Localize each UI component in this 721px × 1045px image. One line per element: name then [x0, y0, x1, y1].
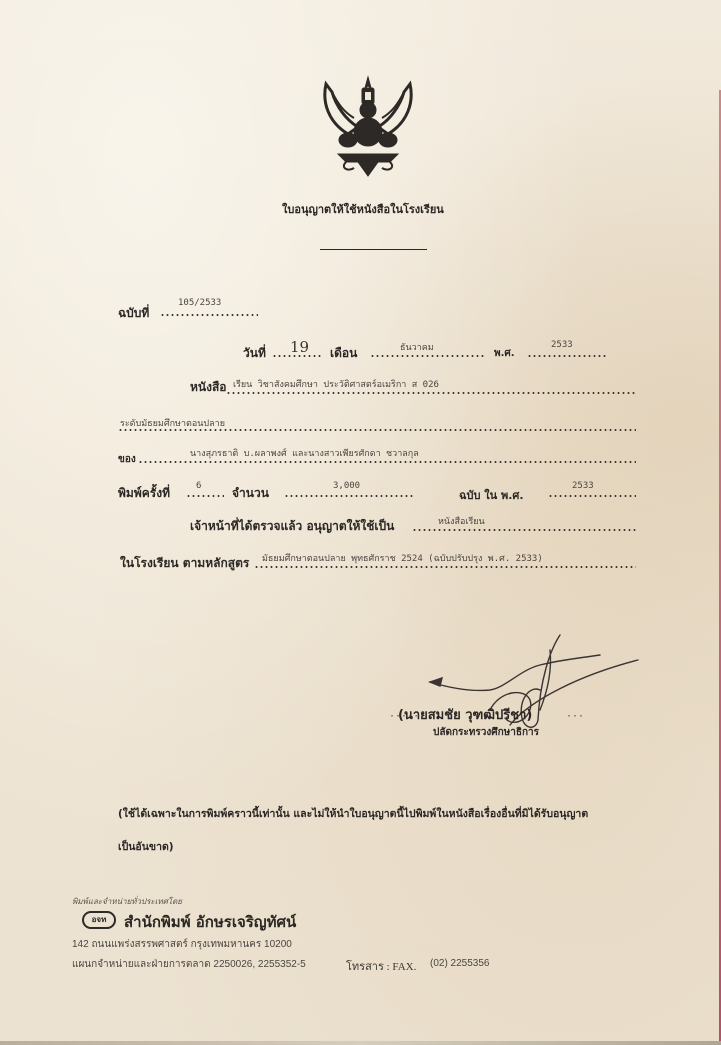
- publisher-fax-value: (02) 2255356: [430, 958, 490, 969]
- print-year-dotted-line: [548, 495, 636, 497]
- approval-dotted-line: [412, 529, 636, 531]
- book-label: หนังสือ: [190, 378, 227, 397]
- copy-no-dotted-line: [160, 314, 258, 316]
- print-year-value: 2533: [572, 481, 594, 491]
- edition-label: พิมพ์ครั้งที่: [118, 484, 170, 503]
- author-label: ของ: [118, 452, 136, 467]
- approval-value: หนังสือเรียน: [438, 514, 485, 528]
- edition-dotted-line: [186, 495, 224, 497]
- publisher-logo-icon: อจท: [82, 911, 116, 929]
- publisher-fax-label: โทรสาร : FAX.: [346, 957, 416, 975]
- signatory-name-trailer-dots: ···: [566, 711, 584, 722]
- title-underline: [320, 249, 427, 250]
- quantity-value: 3,000: [333, 481, 360, 491]
- garuda-emblem-icon: [318, 72, 418, 182]
- usage-note-line2: เป็นอันขาด): [118, 838, 174, 855]
- signatory-position: ปลัดกระทรวงศึกษาธิการ: [433, 725, 539, 740]
- day-value: 19: [290, 338, 309, 356]
- copy-no-label: ฉบับที่: [118, 304, 149, 323]
- author-value: นางสุภรธาติ บ.ผลาพงศ์ และนางสาวเพียรศักด…: [190, 446, 419, 460]
- publisher-name: สำนักพิมพ์ อักษรเจริญทัศน์: [124, 910, 296, 934]
- year-value: 2533: [551, 340, 573, 350]
- edition-value: 6: [196, 481, 201, 491]
- book-title-line1: เรียน วิชาสังคมศึกษา ประวัติศาสตร์อเมริก…: [233, 377, 439, 391]
- usage-note-line1: (ใช้ได้เฉพาะในการพิมพ์คราวนี้เท่านั้น แล…: [118, 805, 588, 822]
- copy-no-value: 105/2533: [178, 298, 221, 308]
- day-label: วันที่: [243, 344, 266, 363]
- month-label: เดือน: [330, 344, 357, 363]
- quantity-label: จำนวน: [232, 484, 269, 503]
- quantity-dotted-line: [284, 495, 414, 497]
- year-label: พ.ศ.: [494, 346, 515, 361]
- publisher-caption: พิมพ์และจำหน่ายทั่วประเทศโดย: [72, 895, 182, 908]
- paper-edge-bottom: [0, 1041, 721, 1045]
- month-dotted-line: [370, 355, 485, 357]
- book-dotted-line-2: [118, 429, 636, 431]
- publisher-address: 142 ถนนแพร่งสรรพศาสตร์ กรุงเทพมหานคร 102…: [72, 937, 292, 952]
- signatory-name-leader-dots: ·····: [389, 711, 419, 722]
- day-dotted-line: [272, 355, 322, 357]
- curriculum-label: ในโรงเรียน ตามหลักสูตร: [120, 554, 249, 573]
- document-title: ใบอนุญาตให้ใช้หนังสือในโรงเรียน: [282, 200, 444, 218]
- curriculum-dotted-line: [254, 566, 636, 568]
- book-title-line2: ระดับมัธยมศึกษาตอนปลาย: [120, 416, 225, 430]
- copies-year-label: ฉบับ ใน พ.ศ.: [459, 486, 524, 504]
- author-dotted-line: [138, 461, 636, 463]
- book-dotted-line-1: [226, 392, 636, 394]
- curriculum-value: มัธยมศึกษาตอนปลาย พุทธศักราช 2524 (ฉบับป…: [262, 551, 543, 565]
- approval-label: เจ้าหน้าที่ได้ตรวจแล้ว อนุญาตให้ใช้เป็น: [190, 517, 394, 536]
- publisher-contact: แผนกจำหน่ายและฝ่ายการตลาด 2250026, 22553…: [72, 957, 306, 972]
- year-dotted-line: [527, 355, 607, 357]
- month-value: ธันวาคม: [400, 340, 434, 354]
